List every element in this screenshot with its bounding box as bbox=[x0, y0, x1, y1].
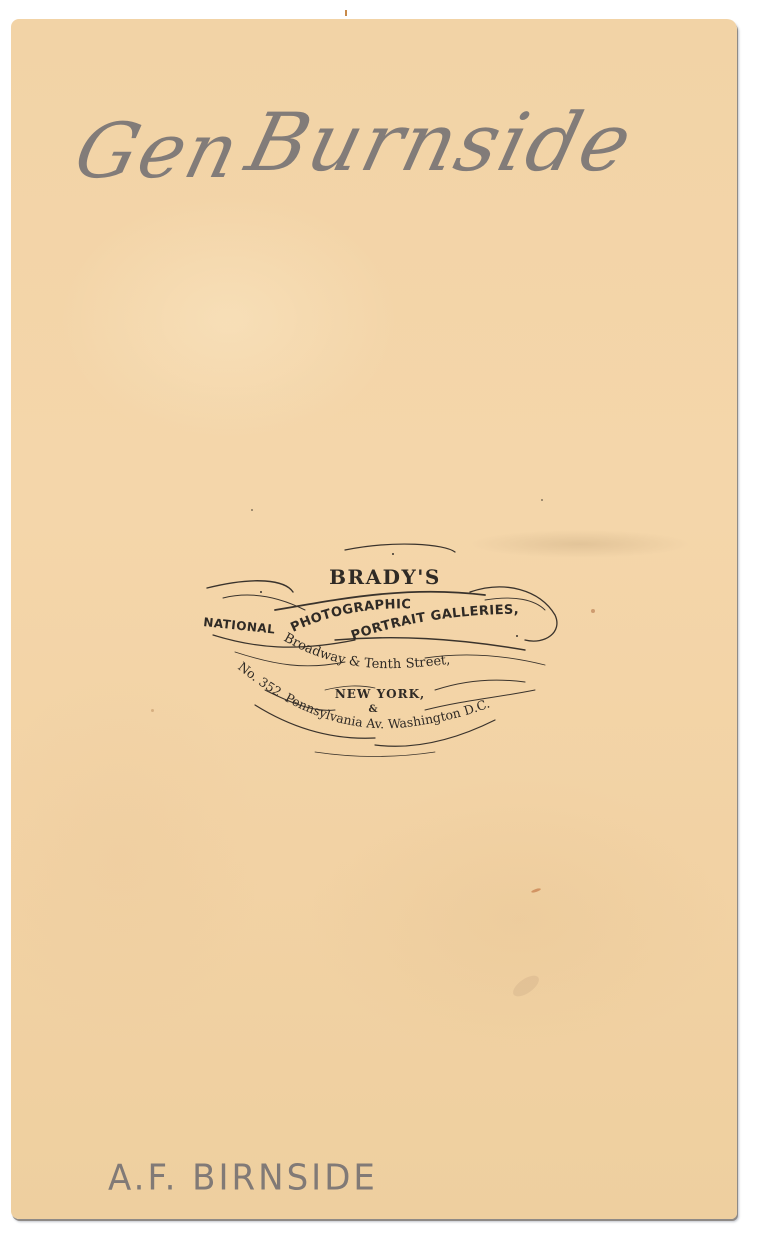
imprint-ampersand: & bbox=[368, 704, 377, 715]
stain-speck bbox=[541, 499, 543, 501]
imprint-national: NATIONAL bbox=[203, 615, 276, 636]
stain-speck bbox=[591, 609, 595, 613]
inscription-name: Burnside bbox=[238, 96, 642, 189]
imprint-street-number: No. 352 bbox=[235, 659, 284, 700]
inscription-prefix: Gen bbox=[67, 106, 250, 195]
edge-mark bbox=[345, 10, 347, 16]
smudge-mark bbox=[510, 972, 543, 1001]
imprint-new-york: NEW YORK, bbox=[335, 687, 425, 701]
imprint-title: BRADY'S bbox=[329, 565, 441, 589]
stain-speck bbox=[151, 709, 154, 712]
pencil-inscription-bottom: A.F. BIRNSIDE bbox=[108, 1157, 378, 1199]
stain-speck bbox=[251, 509, 253, 511]
imprint-flourishes-icon: BRADY'S NATIONAL PHOTOGRAPHIC PORTRAIT G… bbox=[195, 540, 565, 760]
photographer-imprint: BRADY'S NATIONAL PHOTOGRAPHIC PORTRAIT G… bbox=[195, 540, 565, 760]
stain-speck bbox=[531, 888, 541, 894]
pencil-inscription-top: Gen Burnside bbox=[41, 88, 663, 258]
